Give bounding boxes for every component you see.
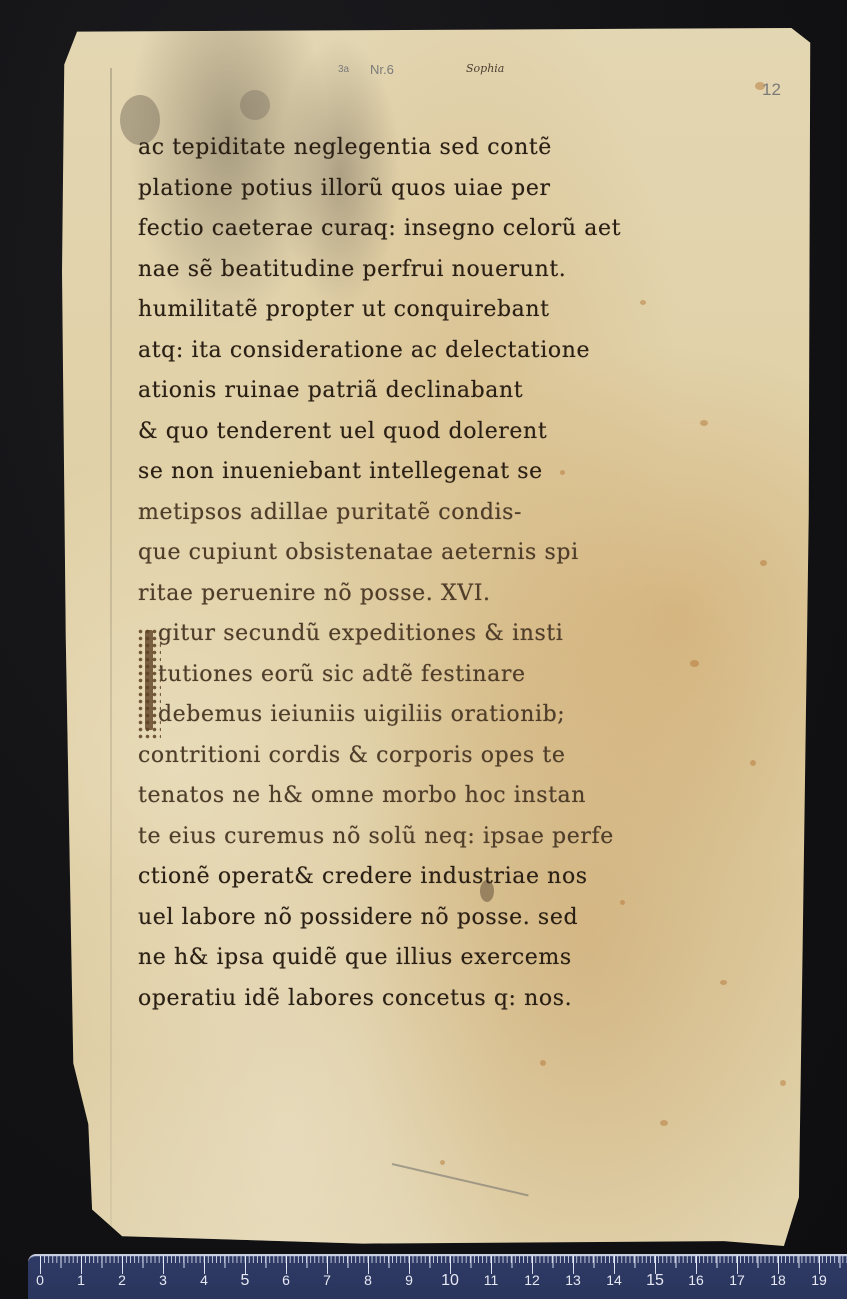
text-line: nae sẽ beatitudine perfrui nouerunt. <box>138 250 718 291</box>
text-line: operatiu idẽ labores concetus q: nos. <box>138 979 718 1020</box>
ruler-label: 4 <box>200 1272 208 1288</box>
text-line: ne h& ipsa quidẽ que illius exercems <box>138 938 718 979</box>
ruler-label: 5 <box>241 1272 250 1290</box>
text-line: humilitatẽ propter ut conquirebant <box>138 290 718 331</box>
ruler-label: 9 <box>405 1272 413 1288</box>
text-line: atq: ita consideratione ac delectatione <box>138 331 718 372</box>
text-line: debemus ieiuniis uigiliis orationib; <box>138 695 718 736</box>
ruler-label: 11 <box>484 1272 499 1288</box>
text-line: contritioni cordis & corporis opes te <box>138 736 718 777</box>
text-line: ctionẽ operat& credere industriae nos <box>138 857 718 898</box>
ruler-label: 3 <box>159 1272 167 1288</box>
text-line: se non inueniebant intellegenat se <box>138 452 718 493</box>
text-line: que cupiunt obsistenatae aeternis spi <box>138 533 718 574</box>
text-line: tutiones eorũ sic adtẽ festinare <box>138 655 718 696</box>
text-line: te eius curemus nõ solũ neq: ipsae perfe <box>138 817 718 858</box>
ruler-label: 14 <box>606 1272 622 1288</box>
ruler-label: 10 <box>441 1272 459 1290</box>
text-line: tenatos ne h& omne morbo hoc instan <box>138 776 718 817</box>
shelfmark-note: Nr.6 <box>370 62 394 77</box>
text-line: & quo tenderent uel quod dolerent <box>138 412 718 453</box>
text-line: ationis ruinae patriã declinabant <box>138 371 718 412</box>
marginal-note-prefix: 3a <box>338 64 349 75</box>
parchment-crease <box>392 1163 529 1196</box>
ruler-label: 13 <box>565 1272 581 1288</box>
ruler-label: 18 <box>770 1272 786 1288</box>
ruler-label: 0 <box>36 1272 44 1288</box>
ruler-label: 16 <box>688 1272 704 1288</box>
measurement-ruler: 0 1 2 3 4 5 6 7 8 9 10 11 12 13 14 15 16… <box>28 1254 847 1299</box>
text-line: uel labore nõ possidere nõ posse. sed <box>138 898 718 939</box>
margin-fold-line <box>110 68 112 1238</box>
manuscript-text-block: ac tepiditate neglegentia sed contẽ plat… <box>138 128 718 1019</box>
text-line: fectio caeterae curaq: insegno celorũ ae… <box>138 209 718 250</box>
ruler-label: 12 <box>524 1272 540 1288</box>
ruler-label: 8 <box>364 1272 372 1288</box>
subject-note: Sophia <box>466 62 504 75</box>
ruler-label: 2 <box>118 1272 126 1288</box>
ruler-label: 6 <box>282 1272 290 1288</box>
text-line: ac tepiditate neglegentia sed contẽ <box>138 128 718 169</box>
text-line: ritae peruenire nõ posse. XVI. <box>138 574 718 615</box>
ruler-label: 17 <box>729 1272 745 1288</box>
ruler-label: 19 <box>811 1272 827 1288</box>
text-line: gitur secundũ expeditiones & insti <box>138 614 718 655</box>
folio-number: 12 <box>762 80 781 100</box>
ruler-label: 7 <box>323 1272 331 1288</box>
ruler-label: 15 <box>646 1272 664 1290</box>
text-line: platione potius illorũ quos uiae per <box>138 169 718 210</box>
text-line: metipsos adillae puritatẽ condis- <box>138 493 718 534</box>
ruler-label: 1 <box>77 1272 85 1288</box>
